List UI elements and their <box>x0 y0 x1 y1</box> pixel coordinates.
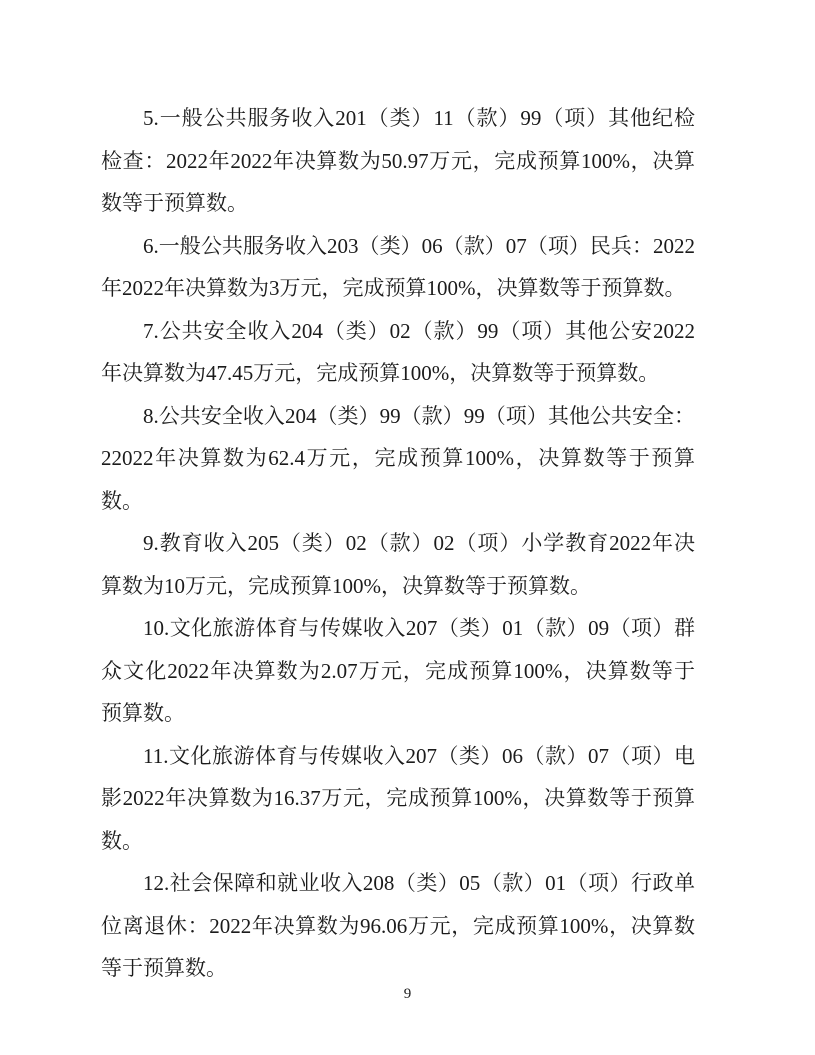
text-line: 6.一般公共服务收入203（类）06（款）07（项）民兵：2022 <box>101 225 695 268</box>
text-line: 数等于预算数。 <box>101 182 695 225</box>
text-line: 算数为10万元，完成预算100%，决算数等于预算数。 <box>101 565 695 608</box>
text-line: 年2022年决算数为3万元，完成预算100%，决算数等于预算数。 <box>101 267 695 310</box>
paragraph-5: 5.一般公共服务收入201（类）11（款）99（项）其他纪检检查：2022年20… <box>101 97 695 225</box>
paragraph-6: 6.一般公共服务收入203（类）06（款）07（项）民兵：2022年2022年决… <box>101 225 695 310</box>
body-text: 5.一般公共服务收入201（类）11（款）99（项）其他纪检检查：2022年20… <box>101 97 695 990</box>
text-line: 预算数。 <box>101 692 695 735</box>
text-line: 7.公共安全收入204（类）02（款）99（项）其他公安2022 <box>101 310 695 353</box>
paragraph-11: 11.文化旅游体育与传媒收入207（类）06（款）07（项）电影2022年决算数… <box>101 735 695 863</box>
paragraph-12: 12.社会保障和就业收入208（类）05（款）01（项）行政单位离退休：2022… <box>101 862 695 990</box>
text-line: 检查：2022年2022年决算数为50.97万元，完成预算100%，决算 <box>101 140 695 183</box>
text-line: 数。 <box>101 820 695 863</box>
document-page: 5.一般公共服务收入201（类）11（款）99（项）其他纪检检查：2022年20… <box>0 0 815 1055</box>
paragraph-10: 10.文化旅游体育与传媒收入207（类）01（款）09（项）群众文化2022年决… <box>101 607 695 735</box>
text-line: 9.教育收入205（类）02（款）02（项）小学教育2022年决 <box>101 522 695 565</box>
text-line: 影2022年决算数为16.37万元，完成预算100%，决算数等于预算 <box>101 777 695 820</box>
paragraph-9: 9.教育收入205（类）02（款）02（项）小学教育2022年决算数为10万元，… <box>101 522 695 607</box>
text-line: 8.公共安全收入204（类）99（款）99（项）其他公共安全： <box>101 395 695 438</box>
text-line: 12.社会保障和就业收入208（类）05（款）01（项）行政单 <box>101 862 695 905</box>
text-line: 22022年决算数为62.4万元，完成预算100%，决算数等于预算数。 <box>101 437 695 522</box>
text-line: 10.文化旅游体育与传媒收入207（类）01（款）09（项）群 <box>101 607 695 650</box>
text-line: 位离退休：2022年决算数为96.06万元，完成预算100%，决算数 <box>101 905 695 948</box>
text-line: 11.文化旅游体育与传媒收入207（类）06（款）07（项）电 <box>101 735 695 778</box>
text-line: 5.一般公共服务收入201（类）11（款）99（项）其他纪检 <box>101 97 695 140</box>
text-line: 众文化2022年决算数为2.07万元，完成预算100%，决算数等于 <box>101 650 695 693</box>
page-number: 9 <box>0 984 815 1004</box>
paragraph-8: 8.公共安全收入204（类）99（款）99（项）其他公共安全：22022年决算数… <box>101 395 695 523</box>
text-line: 年决算数为47.45万元，完成预算100%，决算数等于预算数。 <box>101 352 695 395</box>
paragraph-7: 7.公共安全收入204（类）02（款）99（项）其他公安2022年决算数为47.… <box>101 310 695 395</box>
